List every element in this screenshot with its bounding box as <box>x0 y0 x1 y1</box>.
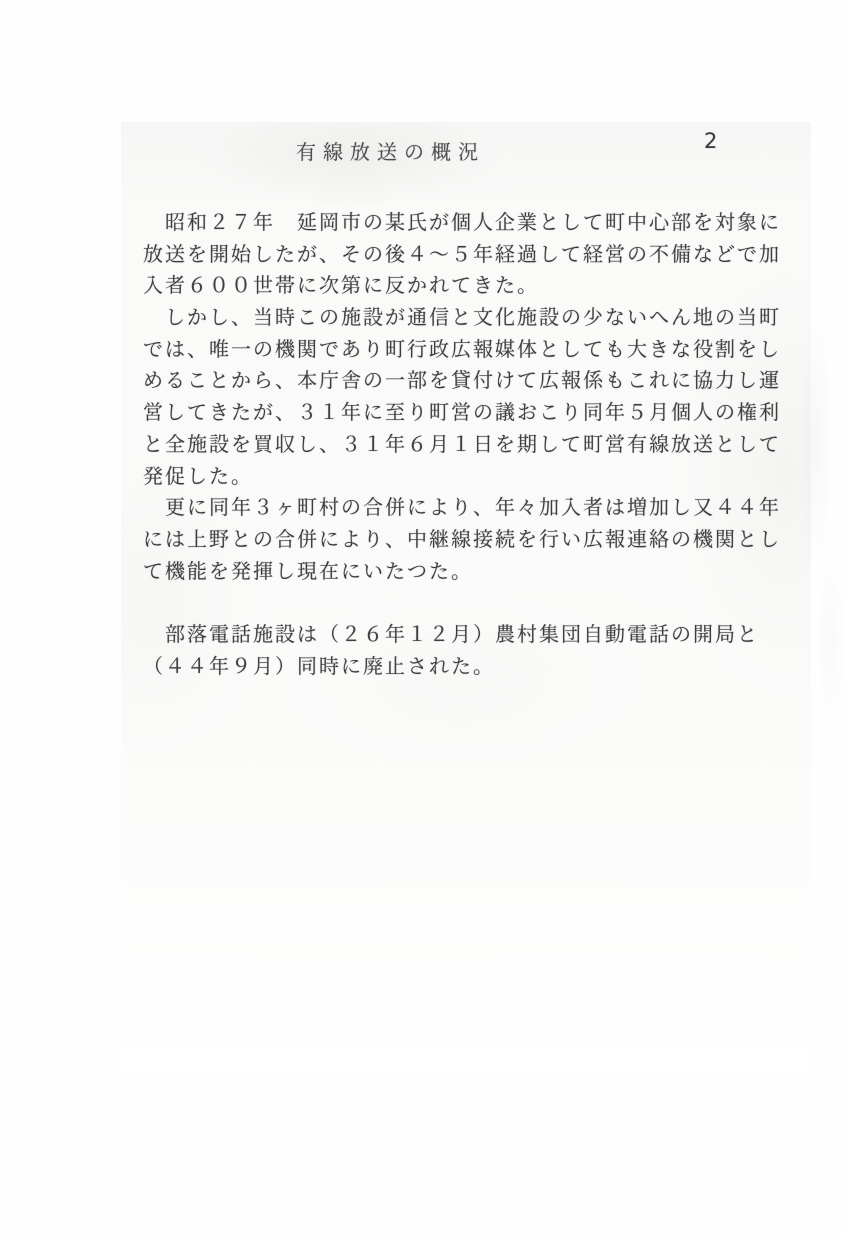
text-line: （４４年９月）同時に廃止された。 <box>143 651 803 683</box>
page-title: 有線放送の概況 <box>296 136 485 165</box>
text-line: めることから、本庁舎の一部を貸付けて広報係もこれに協力し運 <box>143 365 803 397</box>
text-line: て機能を発揮し現在にいたつた。 <box>143 556 803 588</box>
text-line: 入者６００世帯に次第に反かれてきた。 <box>143 270 803 302</box>
text-line: しかし、当時この施設が通信と文化施設の少ないへん地の当町 <box>143 302 803 334</box>
text-line: 放送を開始したが、その後４～５年経過して経営の不備などで加 <box>143 239 803 271</box>
text-line: 更に同年３ヶ町村の合併により、年々加入者は増加し又４４年 <box>143 492 803 524</box>
text-line: と全施設を買収し、３１年６月１日を期して町営有線放送として <box>143 429 803 461</box>
text-line: には上野との合併により、中継線接続を行い広報連絡の機関とし <box>143 524 803 556</box>
document-body: 昭和２７年 延岡市の某氏が個人企業として町中心部を対象に 放送を開始したが、その… <box>143 207 803 683</box>
scanned-document-page: 有線放送の概況 2 昭和２７年 延岡市の某氏が個人企業として町中心部を対象に 放… <box>0 0 844 1236</box>
text-line: では、唯一の機関であり町行政広報媒体としても大きな役割をし <box>143 334 803 366</box>
text-line: 昭和２７年 延岡市の某氏が個人企業として町中心部を対象に <box>143 207 803 239</box>
text-line: 営してきたが、３１年に至り町営の議おこり同年５月個人の権利 <box>143 397 803 429</box>
page-number: 2 <box>704 129 717 153</box>
text-line: 発促した。 <box>143 461 803 493</box>
text-line: 部落電話施設は（２６年１２月）農村集団自動電話の開局と <box>143 619 803 651</box>
